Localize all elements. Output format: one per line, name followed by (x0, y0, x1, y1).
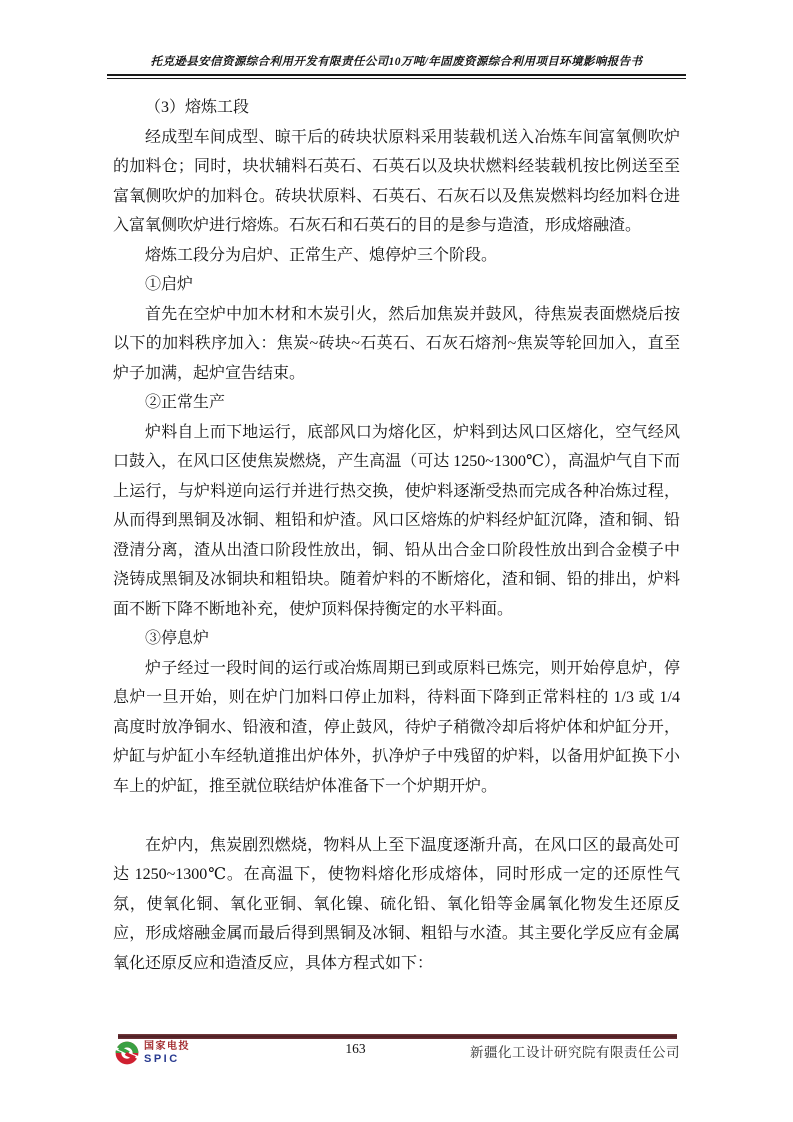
header-rule (107, 74, 686, 79)
paragraph: （3）熔炼工段 (113, 93, 680, 123)
paragraph: 炉料自上而下地运行，底部风口为熔化区，炉料到达风口区熔化，空气经风口鼓入，在风口… (113, 418, 680, 625)
paragraph: ③停息炉 (113, 624, 680, 654)
paragraph: 炉子经过一段时间的运行或冶炼周期已到或原料已炼完，则开始停息炉，停息炉一旦开始，… (113, 654, 680, 802)
document-page: 托克逊县安信资源综合利用开发有限责任公司10万吨/年固废资源综合利用项目环境影响… (0, 0, 793, 1122)
spic-logo-icon (114, 1040, 140, 1066)
spic-logo: 国家电投 SPIC (114, 1040, 190, 1066)
header-title: 托克逊县安信资源综合利用开发有限责任公司10万吨/年固废资源综合利用项目环境影响… (0, 53, 793, 69)
paragraph: 在炉内，焦炭剧烈燃烧，物料从上至下温度逐渐升高，在风口区的最高处可达 1250~… (113, 831, 680, 979)
spic-logo-text: 国家电投 SPIC (144, 1041, 190, 1065)
paragraph: 经成型车间成型、晾干后的砖块状原料采用装载机送入冶炼车间富氧侧吹炉的加料仓；同时… (113, 123, 680, 241)
paragraph: 熔炼工段分为启炉、正常生产、熄停炉三个阶段。 (113, 241, 680, 271)
footer-company-name: 新疆化工设计研究院有限责任公司 (470, 1041, 680, 1061)
spic-logo-en-label: SPIC (144, 1053, 190, 1065)
paragraph: ①启炉 (113, 270, 680, 300)
page-number: 163 (318, 1041, 393, 1057)
document-body: （3）熔炼工段经成型车间成型、晾干后的砖块状原料采用装载机送入冶炼车间富氧侧吹炉… (113, 93, 680, 978)
paragraph: 首先在空炉中加木材和木炭引火，然后加焦炭并鼓风，待焦炭表面燃烧后按以下的加料秩序… (113, 300, 680, 389)
paragraph: ②正常生产 (113, 388, 680, 418)
spic-logo-cn-label: 国家电投 (144, 1041, 190, 1053)
footer-rule (118, 1034, 677, 1039)
